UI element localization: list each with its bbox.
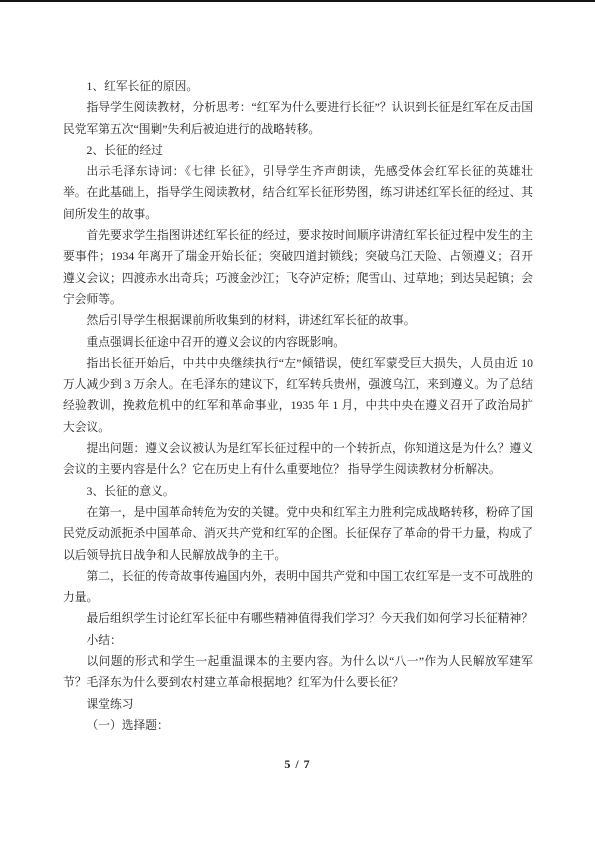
heading-multiple-choice: （一）选择题： [63,715,533,736]
paragraph: 以问题的形式和学生一起重温课本的主要内容。为什么以“八一”作为人民解放军建军节？… [63,651,533,694]
window-top-border [0,0,595,2]
paragraph: 首先要求学生指图讲述红军长征的经过，要求按时间顺序讲清红军长征过程中发生的主要事… [63,225,533,310]
paragraph: 在第一，是中国革命转危为安的关键。党中央和红军主力胜利完成战略转移，粉碎了国民党… [63,502,533,566]
heading-long-march-course: 2、长征的经过 [63,140,533,161]
paragraph: 提出问题：遵义会议被认为是红军长征过程中的一个转折点，你知道这是为什么？遵义会议… [63,438,533,481]
page-number: 5 / 7 [0,757,595,772]
paragraph: 然后引导学生根据课前所收集到的材料，讲述红军长征的故事。 [63,310,533,331]
paragraph: 出示毛泽东诗词：《七律 长征》，引导学生齐声朗读，先感受体会红军长征的英雄壮举。… [63,161,533,225]
heading-long-march-cause: 1、红军长征的原因。 [63,76,533,97]
paragraph: 第二，长征的传奇故事传遍国内外，表明中国共产党和中国工农红军是一支不可战胜的力量… [63,566,533,609]
paragraph: 指导学生阅读教材，分析思考：“红军为什么要进行长征”？认识到长征是红军在反击国民… [63,97,533,140]
heading-summary: 小结： [63,630,533,651]
paragraph: 指出长征开始后，中共中央继续执行“左”倾错误，使红军蒙受巨大损失，人员由近 10… [63,353,533,438]
paragraph: 重点强调长征途中召开的遵义会议的内容既影响。 [63,332,533,353]
document-page: 1、红军长征的原因。 指导学生阅读教材，分析思考：“红军为什么要进行长征”？认识… [0,0,595,841]
paragraph: 最后组织学生讨论红军长征中有哪些精神值得我们学习？今天我们如何学习长征精神？ [63,608,533,629]
heading-class-exercise: 课堂练习 [63,694,533,715]
document-text-block: 1、红军长征的原因。 指导学生阅读教材，分析思考：“红军为什么要进行长征”？认识… [63,76,533,736]
heading-long-march-significance: 3、长征的意义。 [63,481,533,502]
